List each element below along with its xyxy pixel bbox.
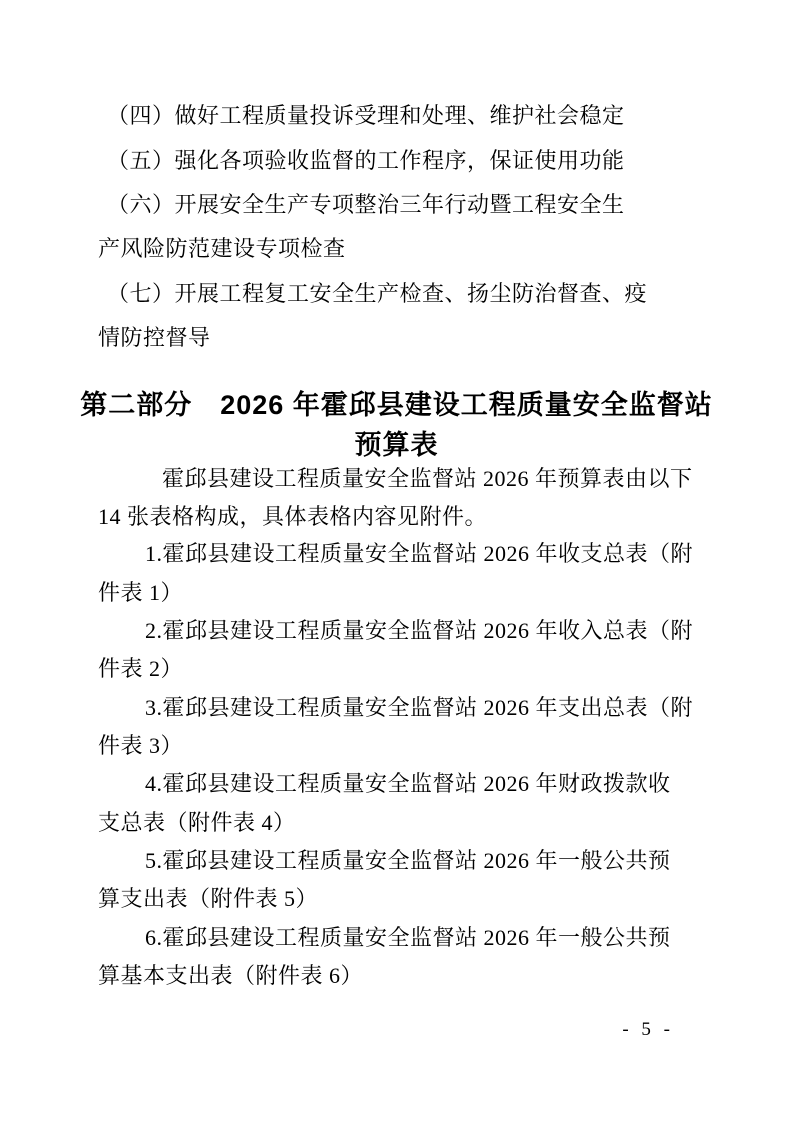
doc-line-table-1a: 1.霍邱县建设工程质量安全监督站 2026 年收支总表（附 — [98, 541, 765, 567]
doc-line-intro-1: 霍邱县建设工程质量安全监督站 2026 年预算表由以下 — [98, 466, 782, 492]
doc-line-intro-2: 14 张表格构成，具体表格内容见附件。 — [98, 504, 718, 530]
doc-line-item-5: （五）强化各项验收监督的工作程序，保证使用功能 — [98, 148, 727, 174]
document-page: （四）做好工程质量投诉受理和处理、维护社会稳定 （五）强化各项验收监督的工作程序… — [0, 0, 793, 1122]
doc-line-item-7: （七）开展工程复工安全生产检查、扬尘防治督查、疫 — [98, 281, 727, 307]
doc-line-item-6-continuation: 产风险防范建设专项检查 — [98, 236, 718, 262]
doc-line-table-2a: 2.霍邱县建设工程质量安全监督站 2026 年收入总表（附 — [98, 618, 765, 644]
doc-line-table-1b: 件表 1） — [98, 580, 718, 606]
doc-line-table-2b: 件表 2） — [98, 656, 718, 682]
doc-line-table-3b: 件表 3） — [98, 733, 718, 759]
part2-heading-line-2: 预算表 — [0, 429, 793, 461]
page-number: - 5 - — [98, 1018, 674, 1042]
doc-line-table-6a: 6.霍邱县建设工程质量安全监督站 2026 年一般公共预 — [98, 925, 765, 951]
doc-line-table-5b: 算支出表（附件表 5） — [98, 886, 718, 912]
doc-line-item-7-continuation: 情防控督导 — [98, 325, 718, 351]
doc-line-table-5a: 5.霍邱县建设工程质量安全监督站 2026 年一般公共预 — [98, 848, 765, 874]
doc-line-table-4b: 支总表（附件表 4） — [98, 810, 718, 836]
doc-line-item-4: （四）做好工程质量投诉受理和处理、维护社会稳定 — [98, 103, 727, 129]
part2-heading-line-1: 第二部分 2026 年霍邱县建设工程质量安全监督站 — [0, 389, 793, 421]
doc-line-item-6: （六）开展安全生产专项整治三年行动暨工程安全生 — [98, 192, 727, 218]
doc-line-table-3a: 3.霍邱县建设工程质量安全监督站 2026 年支出总表（附 — [98, 695, 765, 721]
doc-line-table-4a: 4.霍邱县建设工程质量安全监督站 2026 年财政拨款收 — [98, 771, 765, 797]
doc-line-table-6b: 算基本支出表（附件表 6） — [98, 963, 718, 989]
